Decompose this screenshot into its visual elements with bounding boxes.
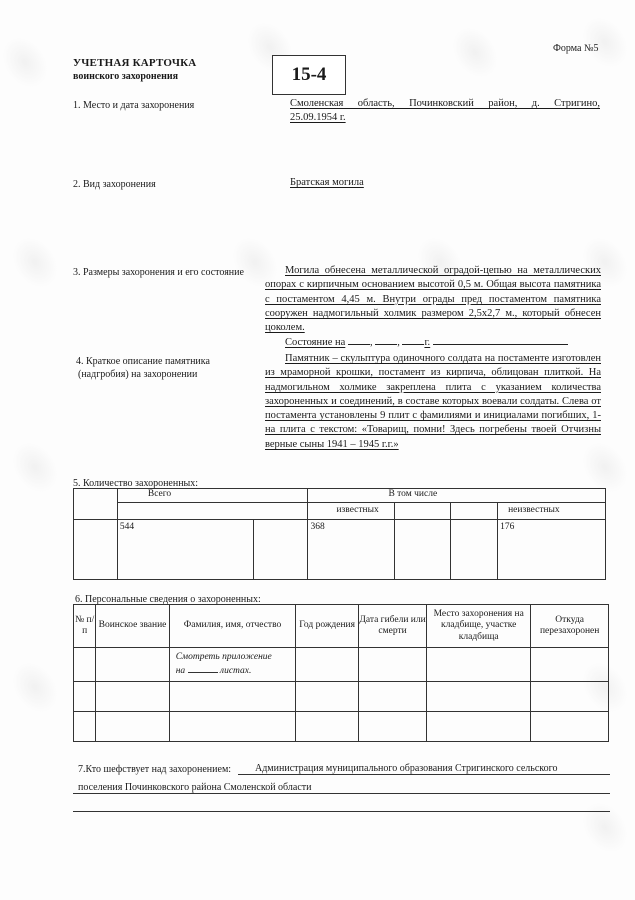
table-cell <box>74 712 96 742</box>
table-cell <box>427 712 531 742</box>
table-cell <box>96 648 169 682</box>
watermark <box>443 19 507 87</box>
state-year-blank <box>402 334 424 345</box>
count-subheader-blank <box>395 503 451 520</box>
table-cell <box>169 712 296 742</box>
watermark <box>573 794 635 862</box>
table-cell <box>74 682 96 712</box>
state-day-blank <box>348 334 370 345</box>
burial-count-table: Всего В том числе известных неизвестных … <box>73 488 606 580</box>
table-cell <box>427 682 531 712</box>
column-header-death-date: Дата гибели или смерти <box>359 605 427 648</box>
count-known-value: 368 <box>308 520 395 580</box>
document-subtitle: воинского захоронения <box>73 71 178 82</box>
watermark <box>0 29 57 97</box>
count-total-value: 544 <box>117 520 253 580</box>
sheets-count-blank <box>188 664 218 673</box>
column-header-rank: Воинское звание <box>96 605 169 648</box>
table-cell <box>169 682 296 712</box>
section3-value: Могила обнесена металлической оградой-це… <box>265 264 601 335</box>
form-number: Форма №5 <box>553 43 599 54</box>
column-header-number: № п/п <box>74 605 96 648</box>
table-cell <box>96 682 169 712</box>
state-label: Состояние на <box>285 337 345 348</box>
watermark <box>3 229 67 297</box>
card-number: 15-4 <box>292 64 327 86</box>
document-title: УЧЕТНАЯ КАРТОЧКА <box>73 57 196 69</box>
column-header-full-name: Фамилия, имя, отчество <box>169 605 296 648</box>
appendix-note-line2: на листах. <box>176 664 296 678</box>
count-unknown-value: 176 <box>498 520 606 580</box>
card-number-box: 15-4 <box>272 55 346 95</box>
see-appendix-note: Смотреть приложение на листах. <box>169 648 296 682</box>
count-subheader-blank <box>451 503 498 520</box>
table-cell <box>531 682 609 712</box>
table-cell <box>359 682 427 712</box>
count-header-total: Всего <box>117 489 308 503</box>
count-subheader-unknown: неизвестных <box>498 503 606 520</box>
column-header-reburied-from: Откуда перезахоронен <box>531 605 609 648</box>
state-description-blank <box>433 334 568 345</box>
appendix-note-line1: Смотреть приложение <box>176 652 296 664</box>
table-cell <box>296 682 359 712</box>
underline <box>73 793 610 794</box>
count-blank-header <box>74 489 118 520</box>
table-cell <box>96 712 169 742</box>
table-cell <box>359 712 427 742</box>
personal-info-table: № п/п Воинское звание Фамилия, имя, отче… <box>73 604 609 742</box>
count-cell-blank <box>253 520 308 580</box>
table-cell <box>296 648 359 682</box>
underline <box>73 811 610 812</box>
section7-label: 7.Кто шефствует над захоронением: <box>78 763 231 776</box>
column-header-birth-year: Год рождения <box>296 605 359 648</box>
table-cell <box>531 648 609 682</box>
section1-value-line1: Смоленская область, Починковский район, … <box>290 98 600 109</box>
section4-label-line2: (надгробия) на захоронении <box>78 368 197 381</box>
watermark <box>3 654 67 722</box>
count-header-including: В том числе <box>308 489 606 503</box>
section2-value: Братская могила <box>290 177 364 188</box>
section4-label-line1: 4. Краткое описание памятника <box>76 355 210 368</box>
count-cell-blank <box>451 520 498 580</box>
section3-state-row: Состояние на , , г. <box>285 334 601 348</box>
count-subheader-known: известных <box>308 503 395 520</box>
section1-label: 1. Место и дата захоронения <box>73 99 194 112</box>
table-cell <box>427 648 531 682</box>
column-header-burial-place: Место захоронения на кладбище, участке к… <box>427 605 531 648</box>
count-cell-blank <box>395 520 451 580</box>
count-subheader-blank <box>117 503 308 520</box>
section3-label: 3. Размеры захоронения и его состояние <box>73 266 244 279</box>
table-cell <box>296 712 359 742</box>
state-month-blank <box>375 334 397 345</box>
section1-value-line2: 25.09.1954 г. <box>290 112 346 123</box>
section2-label: 2. Вид захоронения <box>73 178 156 191</box>
table-cell <box>74 648 96 682</box>
underline <box>238 774 610 775</box>
state-year-suffix: г. <box>424 337 430 348</box>
watermark <box>3 434 67 502</box>
table-cell <box>359 648 427 682</box>
table-cell <box>531 712 609 742</box>
count-cell-blank <box>74 520 118 580</box>
section4-value: Памятник – скульптура одиночного солдата… <box>265 352 601 452</box>
